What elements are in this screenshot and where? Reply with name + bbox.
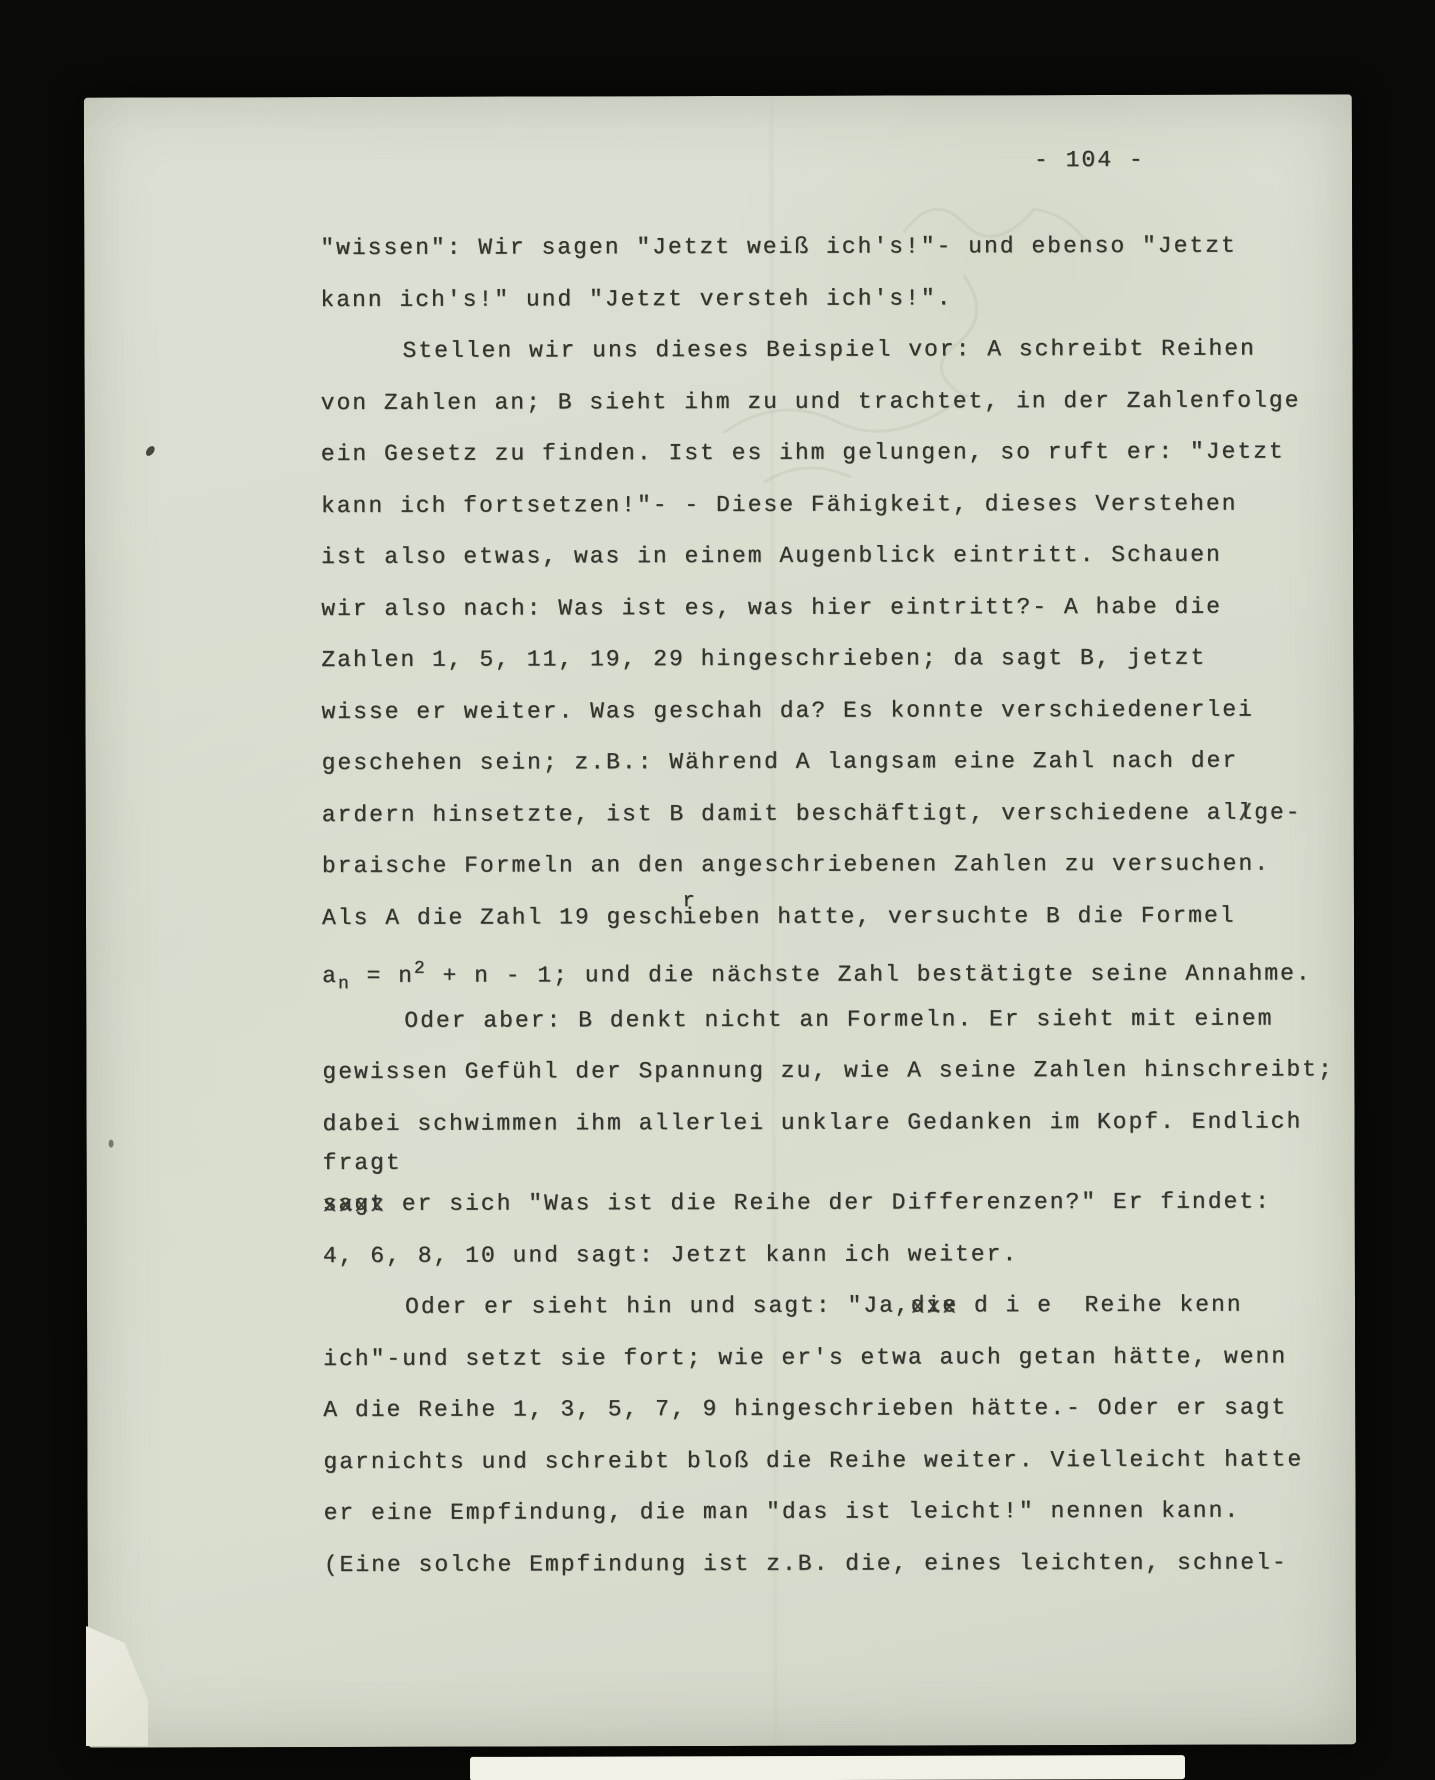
- text-segment: Oder er sieht hin und sagt: "Ja,: [405, 1293, 911, 1320]
- text-segment: + n - 1; und die nächste Zahl bestätigte…: [427, 960, 1312, 988]
- scanned-typescript-screenshot: { "colors": { "background": "#0a0a08", "…: [0, 0, 1435, 1780]
- text-line: "wissen": Wir sagen "Jetzt weiß ich's!"-…: [320, 220, 1350, 274]
- text-line: (Eine solche Empfindung ist z.B. die, ei…: [324, 1537, 1354, 1591]
- text-segment: "wissen": Wir sagen "Jetzt weiß ich's!"-…: [320, 233, 1237, 261]
- text-line: gewissen Gefühl der Spannung zu, wie A s…: [322, 1044, 1352, 1098]
- text-segment: er sich "Was ist die Reihe der Differenz…: [386, 1189, 1271, 1217]
- overstrike-marks: xxxx: [323, 1180, 386, 1232]
- text-segment: von Zahlen an; B sieht ihm zu und tracht…: [321, 387, 1301, 416]
- text-line: Oder er sieht hin und sagt: "Ja,diexxx d…: [323, 1279, 1353, 1333]
- text-segment: Stellen wir uns dieses Beispiel vor: A s…: [402, 336, 1255, 364]
- text-line: ardern hinsetzte, ist B damit beschäftig…: [322, 787, 1352, 841]
- overstrike-marks: xxx: [911, 1281, 959, 1333]
- text-line: dabei schwimmen ihm allerlei unklare Ged…: [322, 1096, 1352, 1150]
- text-segment: (Eine solche Empfindung ist z.B. die, ei…: [324, 1549, 1288, 1578]
- text-line: fragt: [323, 1147, 1353, 1179]
- text-segment: d i e Reihe kenn: [958, 1292, 1243, 1319]
- subscript: n: [338, 974, 351, 994]
- text-line: braische Formeln an den angeschriebenen …: [322, 838, 1352, 892]
- text-line: an = n2 + n - 1; und die nächste Zahl be…: [322, 941, 1352, 995]
- text-segment: fragt: [323, 1150, 402, 1176]
- underlying-page-edge: [470, 1755, 1185, 1780]
- document-page: - 104 - "wissen": Wir sagen "Jetzt weiß …: [84, 94, 1356, 1747]
- text-line: kann ich fortsetzen!"- - Diese Fähigkeit…: [321, 478, 1351, 532]
- text-line: ich"-und setzt sie fort; wie er's etwa a…: [323, 1331, 1353, 1385]
- text-segment: = n: [351, 963, 414, 989]
- text-segment: ieben hatte, versuchte B die Formel: [682, 902, 1235, 929]
- overstrike-marks: /: [1238, 788, 1254, 840]
- overstruck-word: l/: [1238, 787, 1254, 839]
- text-line: ist also etwas, was in einem Augenblick …: [321, 529, 1351, 583]
- text-segment: a: [322, 963, 338, 989]
- text-line: garnichts und schreibt bloß die Reihe we…: [323, 1434, 1353, 1488]
- text-segment: Als A die Zahl 19 gesch: [322, 904, 686, 931]
- text-line: Als A die Zahl 19 geschrieben hatte, ver…: [322, 890, 1352, 944]
- text-segment: ein Gesetz zu finden. Ist es ihm gelunge…: [321, 439, 1285, 468]
- text-segment: gewissen Gefühl der Spannung zu, wie A s…: [322, 1056, 1333, 1085]
- text-segment: kann ich's!" und "Jetzt versteh ich's!".: [320, 285, 952, 313]
- text-line: 4, 6, 8, 10 und sagt: Jetzt kann ich wei…: [323, 1228, 1353, 1282]
- text-segment: ge-: [1254, 799, 1301, 825]
- text-line: sagtxxxx er sich "Was ist die Reihe der …: [323, 1176, 1353, 1230]
- text-segment: dabei schwimmen ihm allerlei unklare Ged…: [322, 1108, 1302, 1137]
- text-segment: Oder aber: B denkt nicht an Formeln. Er …: [404, 1005, 1273, 1033]
- text-block: "wissen": Wir sagen "Jetzt weiß ich's!"-…: [320, 220, 1354, 1591]
- text-segment: ich"-und setzt sie fort; wie er's etwa a…: [323, 1343, 1287, 1372]
- ink-speck: [144, 444, 156, 457]
- text-segment: garnichts und schreibt bloß die Reihe we…: [323, 1446, 1303, 1475]
- page-number: - 104 -: [1034, 147, 1145, 173]
- text-segment: kann ich fortsetzen!"- - Diese Fähigkeit…: [321, 490, 1238, 518]
- text-line: wir also nach: Was ist es, was hier eint…: [321, 581, 1351, 635]
- text-segment: ardern hinsetzte, ist B damit beschäftig…: [322, 799, 1239, 827]
- text-segment: er eine Empfindung, die man "das ist lei…: [324, 1498, 1241, 1526]
- ink-speck: [109, 1140, 114, 1148]
- text-segment: wir also nach: Was ist es, was hier eint…: [321, 593, 1222, 621]
- text-segment: A die Reihe 1, 3, 5, 7, 9 hingeschrieben…: [323, 1395, 1287, 1424]
- text-line: A die Reihe 1, 3, 5, 7, 9 hingeschrieben…: [323, 1382, 1353, 1436]
- text-line: Zahlen 1, 5, 11, 19, 29 hingeschrieben; …: [321, 632, 1351, 686]
- overstruck-word: diexxx: [911, 1280, 959, 1332]
- text-line: geschehen sein; z.B.: Während A langsam …: [322, 735, 1352, 789]
- text-line: von Zahlen an; B sieht ihm zu und tracht…: [321, 375, 1351, 429]
- text-segment: geschehen sein; z.B.: Während A langsam …: [322, 748, 1239, 776]
- text-line: er eine Empfindung, die man "das ist lei…: [323, 1485, 1353, 1539]
- text-segment: braische Formeln an den angeschriebenen …: [322, 851, 1270, 879]
- text-segment: ist also etwas, was in einem Augenblick …: [321, 542, 1222, 570]
- text-line: Oder aber: B denkt nicht an Formeln. Er …: [322, 993, 1352, 1047]
- text-segment: wisse er weiter. Was geschah da? Es konn…: [321, 696, 1253, 724]
- text-line: kann ich's!" und "Jetzt versteh ich's!".: [320, 272, 1350, 326]
- text-segment: Zahlen 1, 5, 11, 19, 29 hingeschrieben; …: [321, 645, 1206, 673]
- text-line: wisse er weiter. Was geschah da? Es konn…: [321, 684, 1351, 738]
- text-line: Stellen wir uns dieses Beispiel vor: A s…: [320, 323, 1350, 377]
- text-segment: 4, 6, 8, 10 und sagt: Jetzt kann ich wei…: [323, 1241, 1018, 1269]
- text-line: ein Gesetz zu finden. Ist es ihm gelunge…: [321, 426, 1351, 480]
- overstruck-word: sagtxxxx: [323, 1179, 386, 1231]
- superscript: 2: [414, 959, 427, 979]
